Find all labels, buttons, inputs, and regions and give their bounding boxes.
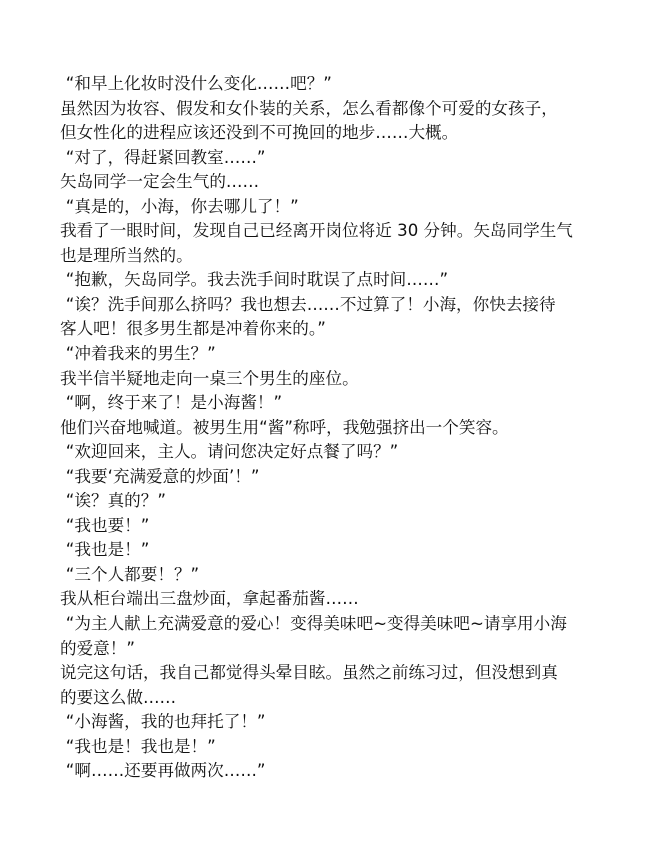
narration-paragraph: 说完这句话，我自己都觉得头晕目眩。虽然之前练习过，但没想到真的要这么做…… (60, 661, 600, 710)
dialogue-paragraph: “真是的，小海，你去哪儿了！” (60, 195, 600, 220)
text-line: 也是理所当然的。 (60, 244, 600, 269)
document-page: “和早上化妆时没什么变化……吧？” 虽然因为妆容、假发和女仆装的关系，怎么看都像… (60, 72, 600, 784)
dialogue-paragraph: “诶？真的？” (60, 489, 600, 514)
text-line: 我看了一眼时间，发现自己已经离开岗位将近 30 分钟。矢岛同学生气 (60, 219, 600, 244)
text-line: “啊……还要再做两次……” (60, 759, 600, 784)
text-line: 他们兴奋地喊道。被男生用“酱”称呼，我勉强挤出一个笑容。 (60, 416, 600, 441)
text-line: 客人吧！很多男生都是冲着你来的。” (60, 317, 600, 342)
dialogue-paragraph: “诶？洗手间那么挤吗？我也想去……不过算了！小海，你快去接待客人吧！很多男生都是… (60, 293, 600, 342)
dialogue-paragraph: “三个人都要！？” (60, 563, 600, 588)
narration-paragraph: 他们兴奋地喊道。被男生用“酱”称呼，我勉强挤出一个笑容。 (60, 416, 600, 441)
narration-paragraph: 虽然因为妆容、假发和女仆装的关系，怎么看都像个可爱的女孩子，但女性化的进程应该还… (60, 97, 600, 146)
text-line: “和早上化妆时没什么变化……吧？” (60, 72, 600, 97)
text-line: “欢迎回来，主人。请问您决定好点餐了吗？” (60, 440, 600, 465)
dialogue-paragraph: “啊，终于来了！是小海酱！” (60, 391, 600, 416)
text-line: 的爱意！” (60, 637, 600, 662)
text-line: “为主人献上充满爱意的爱心！变得美味吧~变得美味吧~请享用小海 (60, 612, 600, 637)
text-line: 的要这么做…… (60, 686, 600, 711)
dialogue-paragraph: “为主人献上充满爱意的爱心！变得美味吧~变得美味吧~请享用小海的爱意！” (60, 612, 600, 661)
text-line: “诶？洗手间那么挤吗？我也想去……不过算了！小海，你快去接待 (60, 293, 600, 318)
text-line: “对了，得赶紧回教室……” (60, 146, 600, 171)
text-line: “我要‘充满爱意的炒面’！” (60, 465, 600, 490)
dialogue-paragraph: “我也是！我也是！” (60, 735, 600, 760)
dialogue-paragraph: “啊……还要再做两次……” (60, 759, 600, 784)
text-line: “抱歉，矢岛同学。我去洗手间时耽误了点时间……” (60, 268, 600, 293)
narration-paragraph: 我看了一眼时间，发现自己已经离开岗位将近 30 分钟。矢岛同学生气也是理所当然的… (60, 219, 600, 268)
text-line: “冲着我来的男生？” (60, 342, 600, 367)
dialogue-paragraph: “对了，得赶紧回教室……” (60, 146, 600, 171)
dialogue-paragraph: “我也是！” (60, 538, 600, 563)
dialogue-paragraph: “和早上化妆时没什么变化……吧？” (60, 72, 600, 97)
text-line: 但女性化的进程应该还没到不可挽回的地步……大概。 (60, 121, 600, 146)
narration-paragraph: 我从柜台端出三盘炒面，拿起番茄酱…… (60, 587, 600, 612)
narration-paragraph: 矢岛同学一定会生气的…… (60, 170, 600, 195)
dialogue-paragraph: “小海酱，我的也拜托了！” (60, 710, 600, 735)
text-line: “啊，终于来了！是小海酱！” (60, 391, 600, 416)
text-line: “真是的，小海，你去哪儿了！” (60, 195, 600, 220)
narration-paragraph: 我半信半疑地走向一桌三个男生的座位。 (60, 367, 600, 392)
dialogue-paragraph: “冲着我来的男生？” (60, 342, 600, 367)
text-line: 虽然因为妆容、假发和女仆装的关系，怎么看都像个可爱的女孩子， (60, 97, 600, 122)
text-line: “小海酱，我的也拜托了！” (60, 710, 600, 735)
text-line: 矢岛同学一定会生气的…… (60, 170, 600, 195)
dialogue-paragraph: “抱歉，矢岛同学。我去洗手间时耽误了点时间……” (60, 268, 600, 293)
text-line: “三个人都要！？” (60, 563, 600, 588)
dialogue-paragraph: “我要‘充满爱意的炒面’！” (60, 465, 600, 490)
text-line: “我也是！” (60, 538, 600, 563)
text-line: 我从柜台端出三盘炒面，拿起番茄酱…… (60, 587, 600, 612)
text-line: “我也要！” (60, 514, 600, 539)
text-line: “我也是！我也是！” (60, 735, 600, 760)
dialogue-paragraph: “我也要！” (60, 514, 600, 539)
dialogue-paragraph: “欢迎回来，主人。请问您决定好点餐了吗？” (60, 440, 600, 465)
text-line: 我半信半疑地走向一桌三个男生的座位。 (60, 367, 600, 392)
text-line: “诶？真的？” (60, 489, 600, 514)
text-line: 说完这句话，我自己都觉得头晕目眩。虽然之前练习过，但没想到真 (60, 661, 600, 686)
